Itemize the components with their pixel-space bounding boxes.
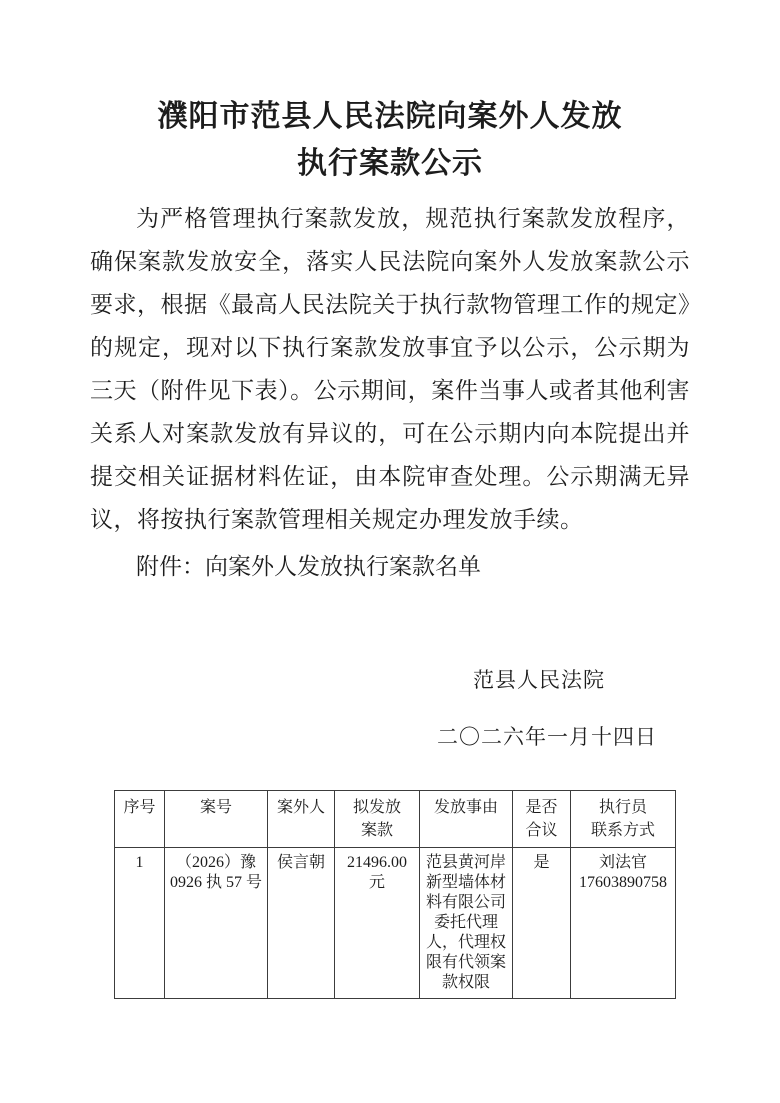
cell-executor-contact: 刘法官 17603890758: [571, 848, 676, 999]
header-executor-contact: 执行员 联系方式: [571, 791, 676, 848]
table-header-row: 序号 案号 案外人 拟发放 案款 发放事由 是否 合议 执行员 联系方式: [115, 791, 676, 848]
header-amount: 拟发放 案款: [335, 791, 420, 848]
cell-panel-decision: 是: [513, 848, 571, 999]
cell-serial-number: 1: [115, 848, 165, 999]
cell-case-number: （2026）豫 0926 执 57 号: [165, 848, 268, 999]
body-paragraph: 为严格管理执行案款发放，规范执行案款发放程序，确保案款发放安全，落实人民法院向案…: [90, 197, 690, 541]
title-line-2: 执行案款公示: [0, 140, 780, 187]
header-panel-decision: 是否 合议: [513, 791, 571, 848]
header-outsider-name: 案外人: [268, 791, 335, 848]
header-serial-number: 序号: [115, 791, 165, 848]
header-case-number: 案号: [165, 791, 268, 848]
case-funds-table: 序号 案号 案外人 拟发放 案款 发放事由 是否 合议 执行员 联系方式 1 （…: [114, 790, 676, 999]
issuer-name: 范县人民法院: [0, 662, 780, 698]
document-title: 濮阳市范县人民法院向案外人发放 执行案款公示: [0, 93, 780, 187]
cell-outsider-name: 侯言朝: [268, 848, 335, 999]
cell-reason: 范县黄河岸 新型墙体材 料有限公司 委托代理 人，代理权 限有代领案 款权限: [420, 848, 513, 999]
issue-date: 二〇二六年一月十四日: [0, 719, 780, 755]
cell-amount: 21496.00 元: [335, 848, 420, 999]
document-page: 濮阳市范县人民法院向案外人发放 执行案款公示 为严格管理执行案款发放，规范执行案…: [0, 0, 780, 1103]
title-line-1: 濮阳市范县人民法院向案外人发放: [0, 93, 780, 140]
header-reason: 发放事由: [420, 791, 513, 848]
attachment-note: 附件：向案外人发放执行案款名单: [90, 545, 690, 588]
table-row: 1 （2026）豫 0926 执 57 号 侯言朝 21496.00 元 范县黄…: [115, 848, 676, 999]
